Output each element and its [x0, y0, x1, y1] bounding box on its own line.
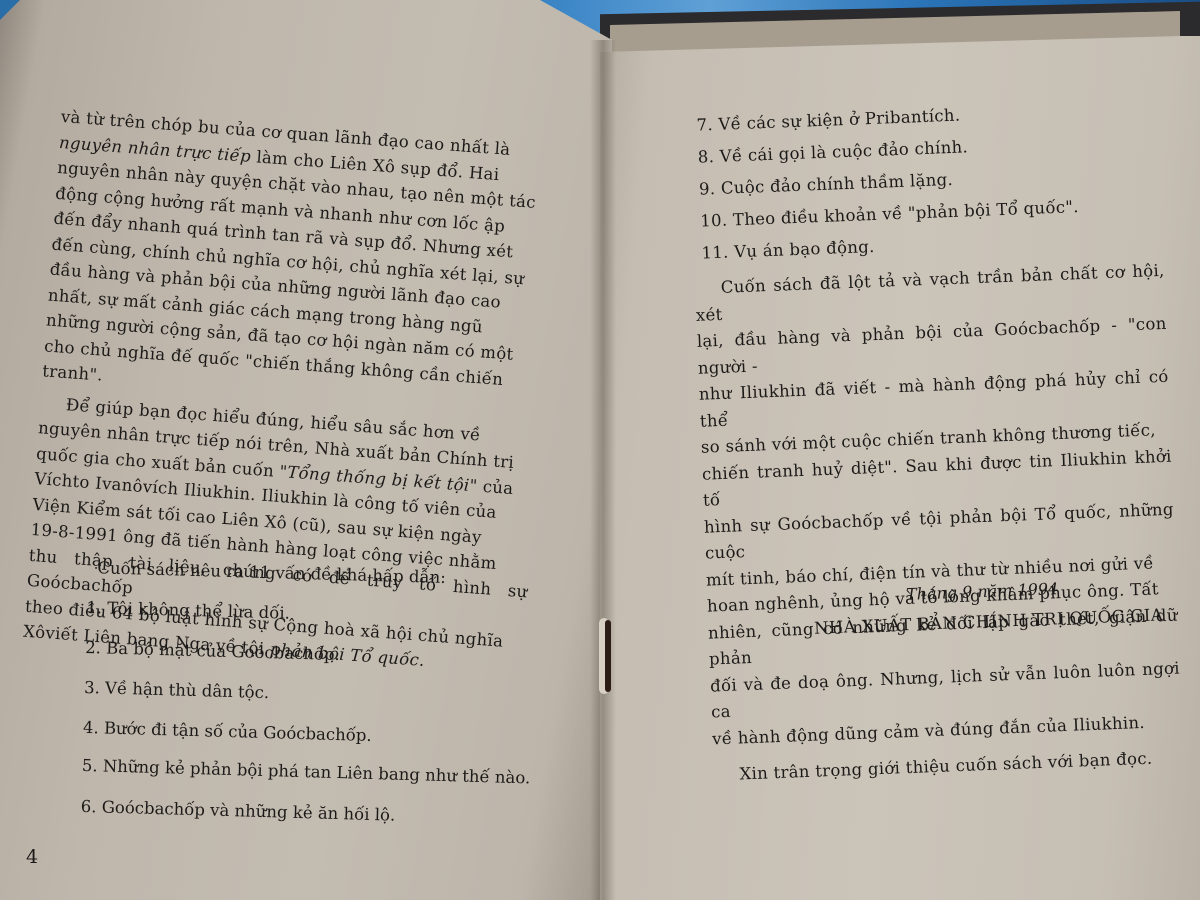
- text-line-tail: " của: [469, 475, 514, 497]
- text-line: chiến tranh huỷ diệt". Sau khi được tin …: [702, 446, 1172, 510]
- text-line: Cuốn sách đã lột tả và vạch trần bản chấ…: [694, 261, 1164, 325]
- text-line: hình sự Goócbachốp về tội phản bội Tổ qu…: [704, 499, 1174, 563]
- text-line: về hành động dũng cảm và đúng đắn của Il…: [712, 712, 1145, 748]
- left-list: Cuốn sách nêu ra 11 vấn đề khá hấp dẫn: …: [80, 548, 558, 840]
- photo-scene: và từ trên chóp bu của cơ quan lãnh đạo …: [0, 0, 1200, 900]
- list-item: 6. Goócbachốp và những kẻ ăn hối lộ.: [80, 787, 551, 840]
- text-line: đối và đe doạ ông. Nhưng, lịch sử vẫn lu…: [710, 658, 1180, 722]
- left-paragraph-1: và từ trên chóp bu của cơ quan lãnh đạo …: [41, 104, 560, 420]
- binding-staple: [605, 620, 611, 692]
- text-line: lại, đầu hàng và phản bội của Goócbachốp…: [697, 314, 1167, 378]
- text-line: như Iliukhin đã viết - mà hành động phá …: [699, 367, 1169, 431]
- page-number: 4: [26, 846, 38, 868]
- right-page: 7. Về các sự kiện ở Pribantích. 8. Về cá…: [600, 36, 1200, 900]
- left-page: và từ trên chóp bu của cơ quan lãnh đạo …: [0, 0, 612, 900]
- right-paragraph: Cuốn sách đã lột tả và vạch trần bản chấ…: [694, 258, 1182, 753]
- text-line: tranh".: [42, 361, 104, 384]
- closing-line: Xin trân trọng giới thiệu cuốn sách với …: [713, 744, 1184, 788]
- right-list: 7. Về các sự kiện ở Pribantích. 8. Về cá…: [688, 92, 1164, 270]
- right-page-body: 7. Về các sự kiện ở Pribantích. 8. Về cá…: [688, 92, 1184, 788]
- book-gutter: [590, 40, 616, 900]
